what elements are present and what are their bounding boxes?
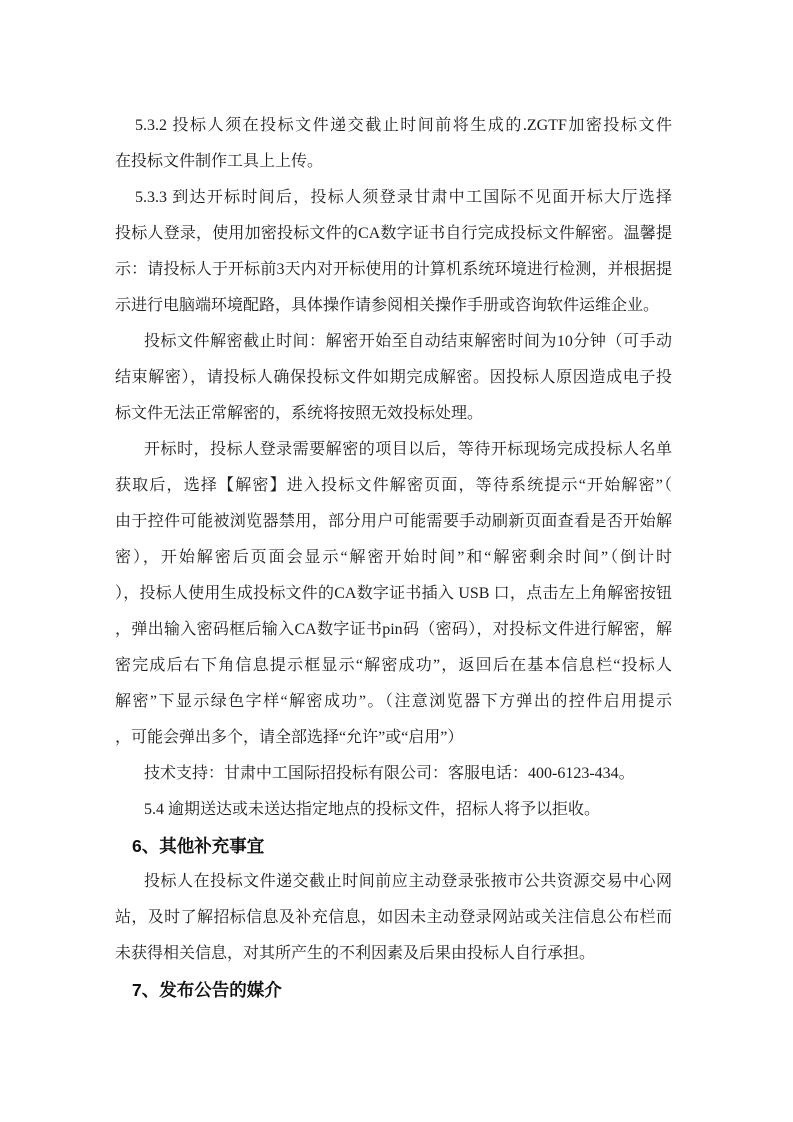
paragraph-bid-opening-line: 密完成后右下角信息提示框显示“解密成功”，返回后在基本信息栏“投标人 (115, 648, 672, 684)
paragraph-tech-support: 技术支持：甘肃中工国际招投标有限公司：客服电话：400-6123-434。 (115, 756, 672, 792)
paragraph-5-3-3-line: 5.3.3 到达开标时间后，投标人须登录甘肃中工国际不见面开标大厅选择 (115, 180, 672, 216)
document-body: 5.3.2 投标人须在投标文件递交截止时间前将生成的.ZGTF加密投标文件 在投… (115, 108, 672, 1008)
paragraph-bid-opening-line: 解密”下显示绿色字样“解密成功”。（注意浏览器下方弹出的控件启用提示 (115, 684, 672, 720)
paragraph-5-4: 5.4 逾期送达或未送达指定地点的投标文件，招标人将予以拒收。 (115, 792, 672, 828)
paragraph-bid-opening-line: 开标时，投标人登录需要解密的项目以后，等待开标现场完成投标人名单 (115, 432, 672, 468)
document-page: 5.3.2 投标人须在投标文件递交截止时间前将生成的.ZGTF加密投标文件 在投… (0, 0, 793, 1122)
paragraph-supplementary-line: 站，及时了解招标信息及补充信息，如因未主动登录网站或关注信息公布栏而 (115, 900, 672, 936)
paragraph-5-3-3-line: 示：请投标人于开标前3天内对开标使用的计算机系统环境进行检测，并根据提 (115, 252, 672, 288)
paragraph-bid-opening-line: ），投标人使用生成投标文件的CA数字证书插入 USB 口，点击左上角解密按钮 (115, 576, 672, 612)
paragraph-bid-opening-line: ，弹出输入密码框后输入CA数字证书pin码（密码），对投标文件进行解密，解 (115, 612, 672, 648)
paragraph-5-3-2-line: 5.3.2 投标人须在投标文件递交截止时间前将生成的.ZGTF加密投标文件 (115, 108, 672, 144)
paragraph-bid-opening-line: ，可能会弹出多个，请全部选择“允许”或“启用”） (115, 720, 672, 756)
paragraph-5-3-3-line: 投标人登录，使用加密投标文件的CA数字证书自行完成投标文件解密。温馨提 (115, 216, 672, 252)
paragraph-decrypt-deadline-line: 投标文件解密截止时间：解密开始至自动结束解密时间为10分钟（可手动 (115, 324, 672, 360)
paragraph-bid-opening-line: 由于控件可能被浏览器禁用，部分用户可能需要手动刷新页面查看是否开始解 (115, 504, 672, 540)
section-heading-6: 6、其他补充事宜 (115, 828, 672, 864)
paragraph-decrypt-deadline-line: 结束解密），请投标人确保投标文件如期完成解密。因投标人原因造成电子投 (115, 360, 672, 396)
paragraph-5-3-2-line: 在投标文件制作工具上上传。 (115, 144, 672, 180)
paragraph-bid-opening-line: 获取后，选择【解密】进入投标文件解密页面，等待系统提示“开始解密”（ (115, 468, 672, 504)
section-heading-7: 7、发布公告的媒介 (115, 972, 672, 1008)
paragraph-supplementary-line: 未获得相关信息，对其所产生的不利因素及后果由投标人自行承担。 (115, 936, 672, 972)
paragraph-decrypt-deadline-line: 标文件无法正常解密的，系统将按照无效投标处理。 (115, 396, 672, 432)
paragraph-5-3-3-line: 示进行电脑端环境配路，具体操作请参阅相关操作手册或咨询软件运维企业。 (115, 288, 672, 324)
paragraph-supplementary-line: 投标人在投标文件递交截止时间前应主动登录张掖市公共资源交易中心网 (115, 864, 672, 900)
paragraph-bid-opening-line: 密），开始解密后页面会显示“解密开始时间”和“解密剩余时间”（倒计时 (115, 540, 672, 576)
